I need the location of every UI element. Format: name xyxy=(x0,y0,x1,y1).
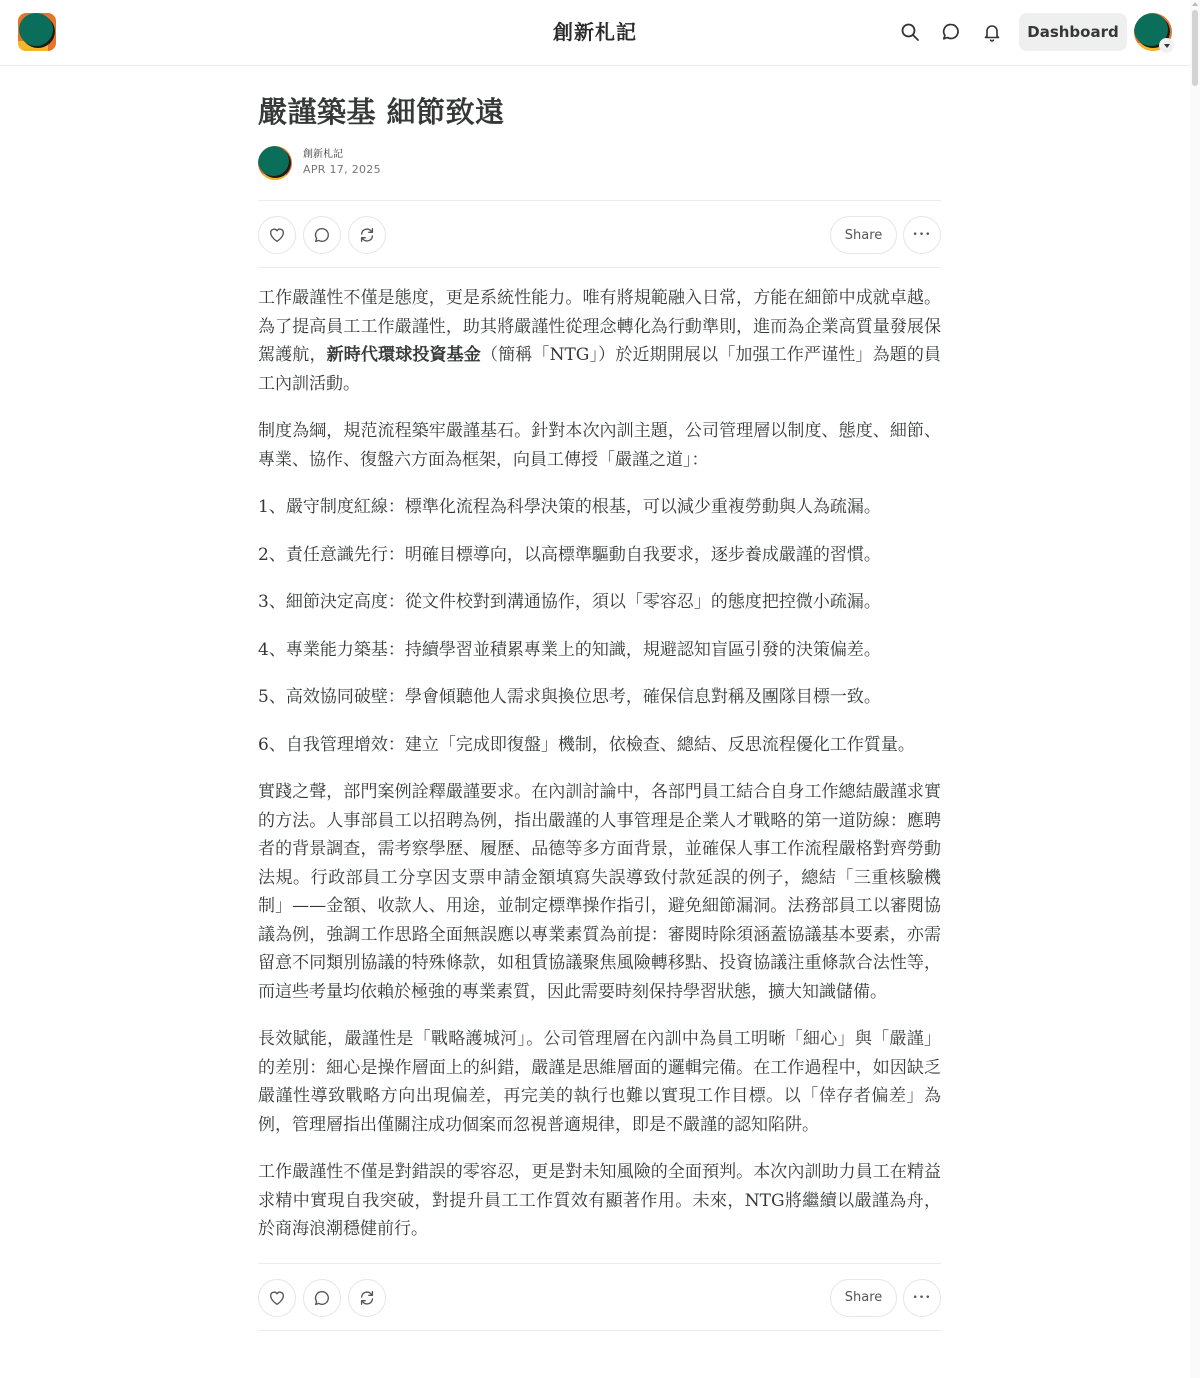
scroll-up-arrow-icon[interactable] xyxy=(1192,2,1198,6)
comment-button[interactable] xyxy=(303,1279,341,1317)
list-item: 5、高效協同破壁：學會傾聽他人需求與換位思考，確保信息對稱及團隊目標一致。 xyxy=(258,683,941,712)
chevron-down-icon[interactable] xyxy=(1159,38,1174,53)
chat-icon xyxy=(941,22,961,42)
heart-icon xyxy=(268,1289,286,1307)
paragraph-conclusion: 工作嚴謹性不僅是對錯誤的零容忍，更是對未知風險的全面預判。本次內訓助力員工在精益… xyxy=(258,1158,941,1244)
more-options-button[interactable]: ••• xyxy=(903,216,941,254)
list-item: 1、嚴守制度紅線：標準化流程為科學決策的根基，可以減少重複勞動與人為疏漏。 xyxy=(258,493,941,522)
restack-icon xyxy=(358,1289,376,1307)
paragraph-moat: 長效賦能，嚴謹性是「戰略護城河」。公司管理層在內訓中為員工明晰「細心」與「嚴謹」… xyxy=(258,1025,941,1139)
paragraph-framework: 制度為綱，規范流程築牢嚴謹基石。針對本次內訓主題，公司管理層以制度、態度、細節、… xyxy=(258,417,941,474)
search-button[interactable] xyxy=(898,20,922,44)
like-button[interactable] xyxy=(258,1279,296,1317)
paragraph-intro: 工作嚴謹性不僅是態度，更是系統性能力。唯有將規範融入日常，方能在細節中成就卓越。… xyxy=(258,284,941,398)
restack-button[interactable] xyxy=(348,1279,386,1317)
article-body: 工作嚴謹性不僅是態度，更是系統性能力。唯有將規範融入日常，方能在細節中成就卓越。… xyxy=(258,284,941,1244)
author-avatar-disc xyxy=(258,146,289,176)
restack-button[interactable] xyxy=(348,216,386,254)
post-action-bar-bottom: Share ••• xyxy=(258,1263,941,1331)
article: 嚴謹築基 細節致遠 創新札記 APR 17, 2025 Share ••• 工作… xyxy=(258,90,941,1331)
post-action-bar-top: Share ••• xyxy=(258,200,941,268)
comment-icon xyxy=(313,1289,331,1307)
share-button[interactable]: Share xyxy=(830,1279,897,1317)
bell-icon xyxy=(982,22,1002,42)
like-button[interactable] xyxy=(258,216,296,254)
comment-button[interactable] xyxy=(303,216,341,254)
share-button[interactable]: Share xyxy=(830,216,897,254)
list-item: 4、專業能力築基：持續學習並積累專業上的知識，規避認知盲區引發的決策偏差。 xyxy=(258,636,941,665)
author-name[interactable]: 創新札記 xyxy=(303,145,343,160)
heart-icon xyxy=(268,226,286,244)
paragraph-practice: 實踐之聲，部門案例詮釋嚴謹要求。在內訓討論中，各部門員工結合自身工作總結嚴謹求實… xyxy=(258,778,941,1006)
article-title: 嚴謹築基 細節致遠 xyxy=(258,90,941,134)
list-item: 2、責任意識先行：明確目標導向，以高標準驅動自我要求，逐步養成嚴謹的習慣。 xyxy=(258,541,941,570)
more-icon: ••• xyxy=(913,230,932,240)
restack-icon xyxy=(358,226,376,244)
byline: 創新札記 APR 17, 2025 xyxy=(258,144,941,200)
notifications-button[interactable] xyxy=(980,20,1004,44)
publish-date: APR 17, 2025 xyxy=(303,163,381,176)
top-navigation-bar: 創新札記 Dashboard xyxy=(0,0,1190,66)
list-item: 3、細節決定高度：從文件校對到溝通協作，須以「零容忍」的態度把控微小疏漏。 xyxy=(258,588,941,617)
more-options-button[interactable]: ••• xyxy=(903,1279,941,1317)
company-name-bold: 新時代環球投資基金 xyxy=(327,345,481,365)
scroll-thumb[interactable] xyxy=(1192,10,1198,86)
more-icon: ••• xyxy=(913,1293,932,1303)
search-icon xyxy=(900,22,920,42)
dashboard-button[interactable]: Dashboard xyxy=(1019,13,1127,51)
page-scrollbar[interactable] xyxy=(1190,0,1200,1378)
comment-icon xyxy=(313,226,331,244)
site-title[interactable]: 創新札記 xyxy=(0,16,1190,45)
list-item: 6、自我管理增效：建立「完成即復盤」機制，依檢查、總結、反思流程優化工作質量。 xyxy=(258,731,941,760)
chat-button[interactable] xyxy=(939,20,963,44)
author-avatar[interactable] xyxy=(258,146,292,180)
